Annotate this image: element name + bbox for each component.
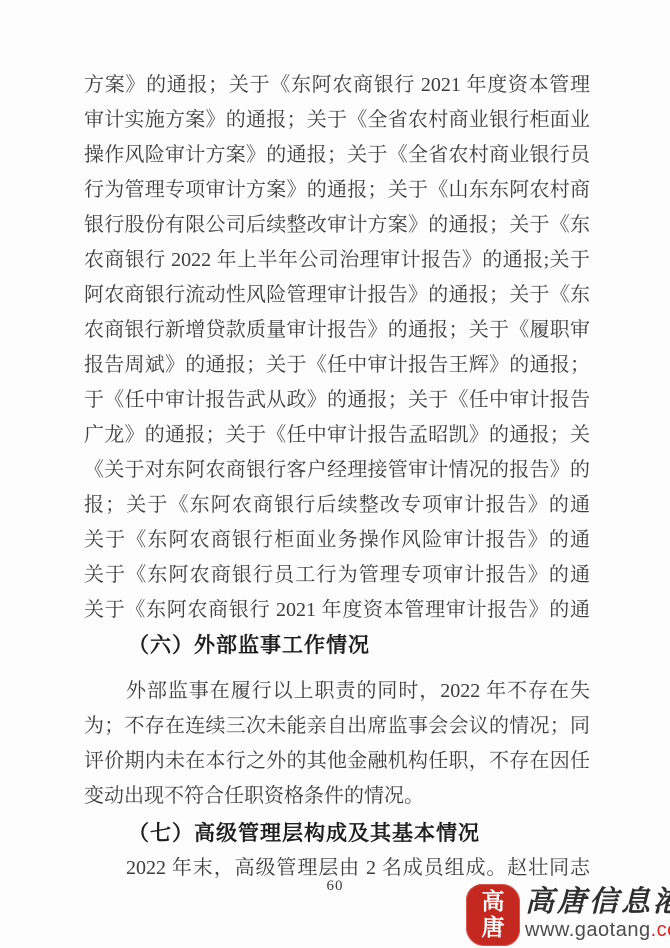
text-line: 为；不存在连续三次未能亲自出席监事会会议的情况；同时，	[84, 709, 590, 744]
gaotang-watermark: 高 唐 高唐信息港 www.gaotang.cc	[466, 884, 670, 946]
seal-char-bottom: 唐	[482, 915, 505, 941]
section-heading-external-supervisor: （六）外部监事工作情况	[84, 628, 590, 663]
seal-char-top: 高	[482, 889, 505, 915]
text-line: 农商银行 2022 年上半年公司治理审计报告》的通报;关于《东	[84, 243, 590, 278]
text-line: 阿农商银行流动性风险管理审计报告》的通报；关于《东阿	[84, 278, 590, 313]
document-content: 方案》的通报；关于《东阿农商银行 2021 年度资本管理专项 审计实施方案》的通…	[84, 68, 590, 886]
watermark-url: www.gaotang.cc	[525, 920, 670, 941]
text-line: 《关于对东阿农商银行客户经理接管审计情况的报告》的通	[84, 453, 590, 488]
text-line: 外部监事在履行以上职责的同时，2022 年不存在失职行	[84, 674, 590, 709]
text-line: 行为管理专项审计方案》的通报；关于《山东东阿农村商业	[84, 173, 590, 208]
watermark-url-suffix: .cc	[651, 919, 670, 941]
text-line: 报；关于《东阿农商银行后续整改专项审计报告》的通报；	[84, 488, 590, 523]
text-line: 报告周斌》的通报；关于《任中审计报告王辉》的通报；关	[84, 348, 590, 383]
gaotang-seal-logo: 高 唐	[466, 884, 520, 946]
text-line: 方案》的通报；关于《东阿农商银行 2021 年度资本管理专项	[84, 68, 590, 103]
section-heading-senior-management: （七）高级管理层构成及其基本情况	[84, 816, 590, 851]
watermark-brand-text: 高唐信息港	[525, 884, 670, 920]
text-line: 农商银行新增贷款质量审计报告》的通报；关于《履职审计	[84, 313, 590, 348]
text-line: 变动出现不符合任职资格条件的情况。	[84, 779, 590, 814]
text-line: 银行股份有限公司后续整改审计方案》的通报；关于《东阿	[84, 208, 590, 243]
text-line: 关于《东阿农商银行 2021 年度资本管理审计报告》的通报;	[84, 593, 590, 628]
text-line: 关于《东阿农商银行柜面业务操作风险审计报告》的通报；	[84, 523, 590, 558]
text-line: 关于《东阿农商银行员工行为管理专项审计报告》的通报；	[84, 558, 590, 593]
text-line: 操作风险审计方案》的通报；关于《全省农村商业银行员工	[84, 138, 590, 173]
text-line: 评价期内未在本行之外的其他金融机构任职，不存在因任职	[84, 744, 590, 779]
watermark-url-main: www.gaotang	[525, 919, 651, 941]
watermark-text-block: 高唐信息港 www.gaotang.cc	[525, 884, 670, 941]
text-line: 于《任中审计报告武从政》的通报；关于《任中审计报告刘	[84, 383, 590, 418]
text-line: 审计实施方案》的通报；关于《全省农村商业银行柜面业务	[84, 103, 590, 138]
document-page: 方案》的通报；关于《东阿农商银行 2021 年度资本管理专项 审计实施方案》的通…	[0, 0, 670, 948]
text-line: 广龙》的通报；关于《任中审计报告孟昭凯》的通报；关于	[84, 418, 590, 453]
